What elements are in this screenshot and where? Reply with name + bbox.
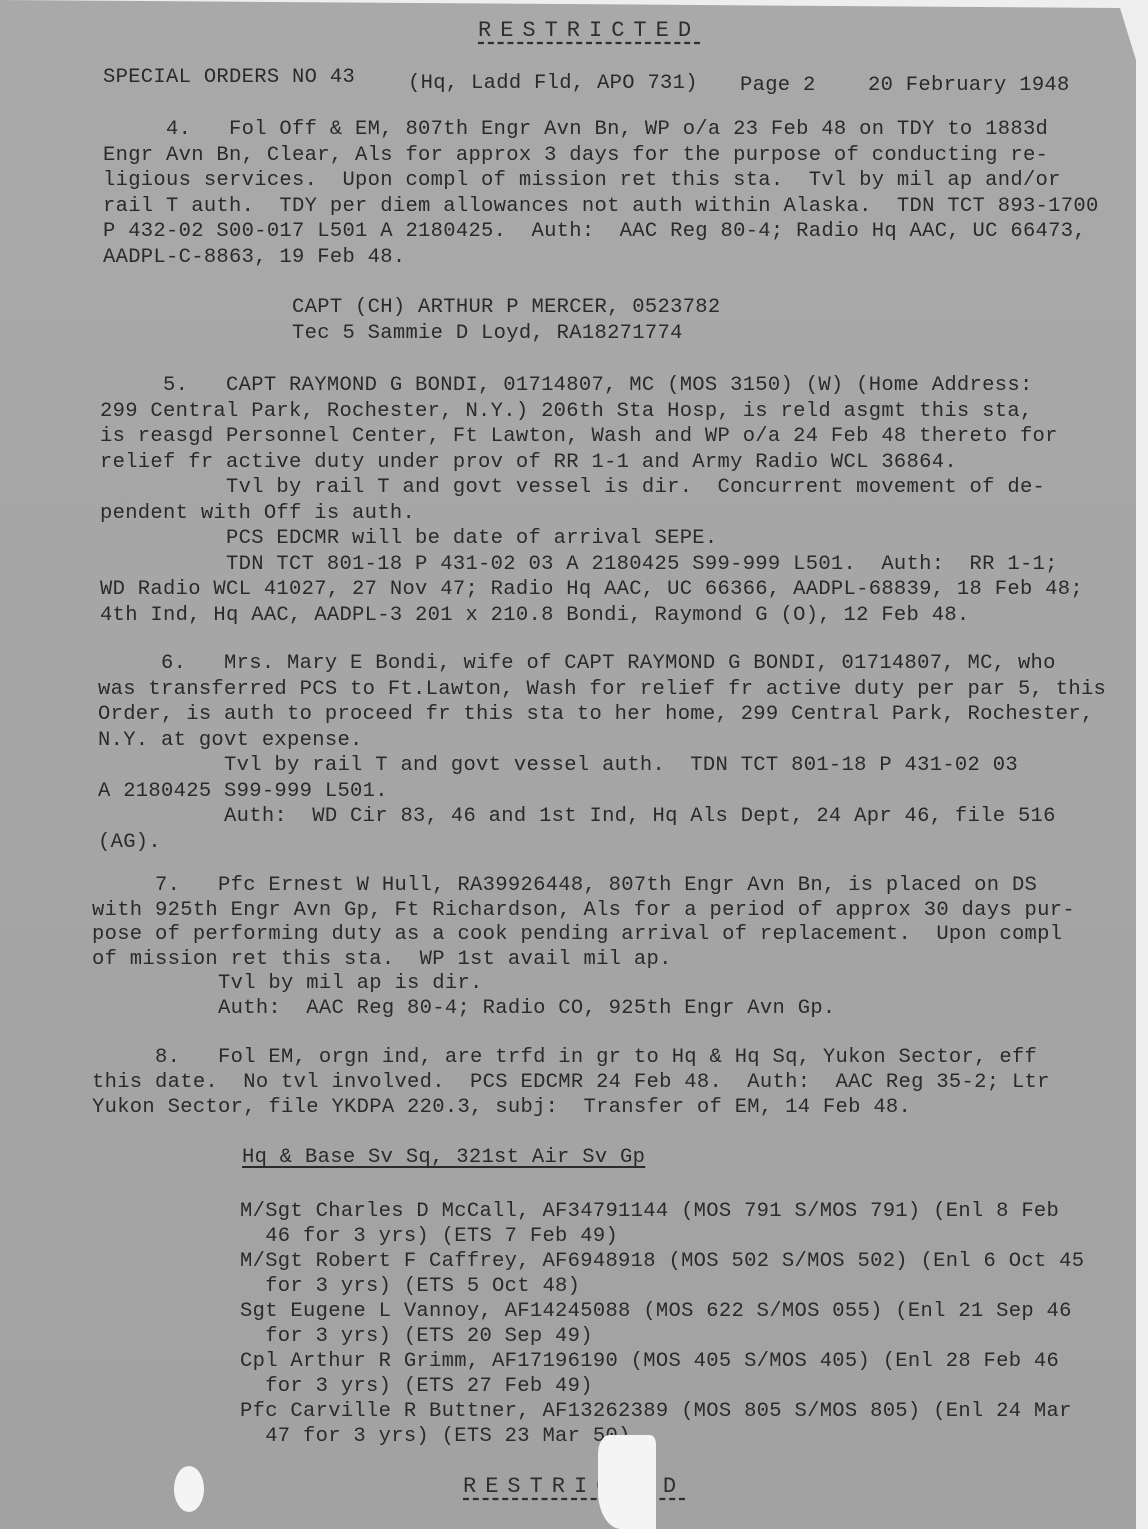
text-line: CAPT (CH) ARTHUR P MERCER, 0523782: [103, 296, 721, 320]
text-line: (AG).: [98, 831, 161, 855]
text-line: M/Sgt Robert F Caffrey, AF6948918 (MOS 5…: [240, 1250, 1084, 1274]
page-number: Page 2: [740, 74, 816, 98]
order-number: SPECIAL ORDERS NO 43: [103, 66, 355, 90]
text-line: Tec 5 Sammie D Loyd, RA18271774: [103, 322, 683, 346]
text-line: is reasgd Personnel Center, Ft Lawton, W…: [100, 425, 1058, 449]
text-line: with 925th Engr Avn Gp, Ft Richardson, A…: [92, 899, 1075, 923]
issuer: (Hq, Ladd Fld, APO 731): [408, 72, 698, 96]
text-line: this date. No tvl involved. PCS EDCMR 24…: [92, 1071, 1050, 1095]
text-line: P 432-02 S00-017 L501 A 2180425. Auth: A…: [103, 220, 1086, 244]
text-line: for 3 yrs) (ETS 20 Sep 49): [240, 1325, 593, 1349]
text-line: Yukon Sector, file YKDPA 220.3, subj: Tr…: [92, 1096, 911, 1120]
classification-header: RESTRICTED: [478, 18, 700, 43]
text-line: A 2180425 S99-999 L501.: [98, 780, 388, 804]
text-line: AADPL-C-8863, 19 Feb 48.: [103, 246, 405, 270]
text-line: WD Radio WCL 41027, 27 Nov 47; Radio Hq …: [100, 578, 1083, 602]
order-date: 20 February 1948: [868, 74, 1070, 98]
text-line: 47 for 3 yrs) (ETS 23 Mar 50): [240, 1425, 631, 1449]
text-line: TDN TCT 801-18 P 431-02 03 A 2180425 S99…: [100, 553, 1058, 577]
text-line: Pfc Carville R Buttner, AF13262389 (MOS …: [240, 1400, 1072, 1424]
text-line: for 3 yrs) (ETS 5 Oct 48): [240, 1275, 580, 1299]
text-line: for 3 yrs) (ETS 27 Feb 49): [240, 1375, 593, 1399]
text-line: 299 Central Park, Rochester, N.Y.) 206th…: [100, 400, 1033, 424]
text-line: relief fr active duty under prov of RR 1…: [100, 451, 957, 475]
text-line: was transferred PCS to Ft.Lawton, Wash f…: [98, 678, 1106, 702]
text-line: Order, is auth to proceed fr this sta to…: [98, 703, 1094, 727]
text-line: 46 for 3 yrs) (ETS 7 Feb 49): [240, 1225, 618, 1249]
text-line: Auth: WD Cir 83, 46 and 1st Ind, Hq Als …: [98, 805, 1056, 829]
text-line: Sgt Eugene L Vannoy, AF14245088 (MOS 622…: [240, 1300, 1072, 1324]
text-line: of mission ret this sta. WP 1st avail mi…: [92, 948, 672, 972]
text-line: 6. Mrs. Mary E Bondi, wife of CAPT RAYMO…: [98, 652, 1056, 676]
text-line: pose of performing duty as a cook pendin…: [92, 923, 1062, 947]
text-line: 4. Fol Off & EM, 807th Engr Avn Bn, WP o…: [103, 118, 1048, 142]
text-line: N.Y. at govt expense.: [98, 729, 363, 753]
text-line: ligious services. Upon compl of mission …: [103, 169, 1061, 193]
text-line: 4th Ind, Hq AAC, AADPL-3 201 x 210.8 Bon…: [100, 604, 970, 628]
text-line: Auth: AAC Reg 80-4; Radio CO, 925th Engr…: [92, 997, 836, 1021]
paper-tear: [598, 1435, 656, 1529]
text-line: 7. Pfc Ernest W Hull, RA39926448, 807th …: [92, 874, 1037, 898]
text-line: Cpl Arthur R Grimm, AF17196190 (MOS 405 …: [240, 1350, 1059, 1374]
text-line: PCS EDCMR will be date of arrival SEPE.: [100, 527, 718, 551]
text-line: M/Sgt Charles D McCall, AF34791144 (MOS …: [240, 1200, 1059, 1224]
text-line: Tvl by mil ap is dir.: [92, 972, 483, 996]
text-line: Tvl by rail T and govt vessel is dir. Co…: [100, 476, 1045, 500]
paper-blotch: [174, 1466, 204, 1512]
text-line: 5. CAPT RAYMOND G BONDI, 01714807, MC (M…: [100, 374, 1033, 398]
text-line: pendent with Off is auth.: [100, 502, 415, 526]
text-line: 8. Fol EM, orgn ind, are trfd in gr to H…: [92, 1046, 1037, 1070]
text-line: rail T auth. TDY per diem allowances not…: [103, 195, 1099, 219]
unit-heading: Hq & Base Sv Sq, 321st Air Sv Gp: [242, 1146, 645, 1170]
text-line: Tvl by rail T and govt vessel auth. TDN …: [98, 754, 1018, 778]
text-line: Engr Avn Bn, Clear, Als for approx 3 day…: [103, 144, 1048, 168]
